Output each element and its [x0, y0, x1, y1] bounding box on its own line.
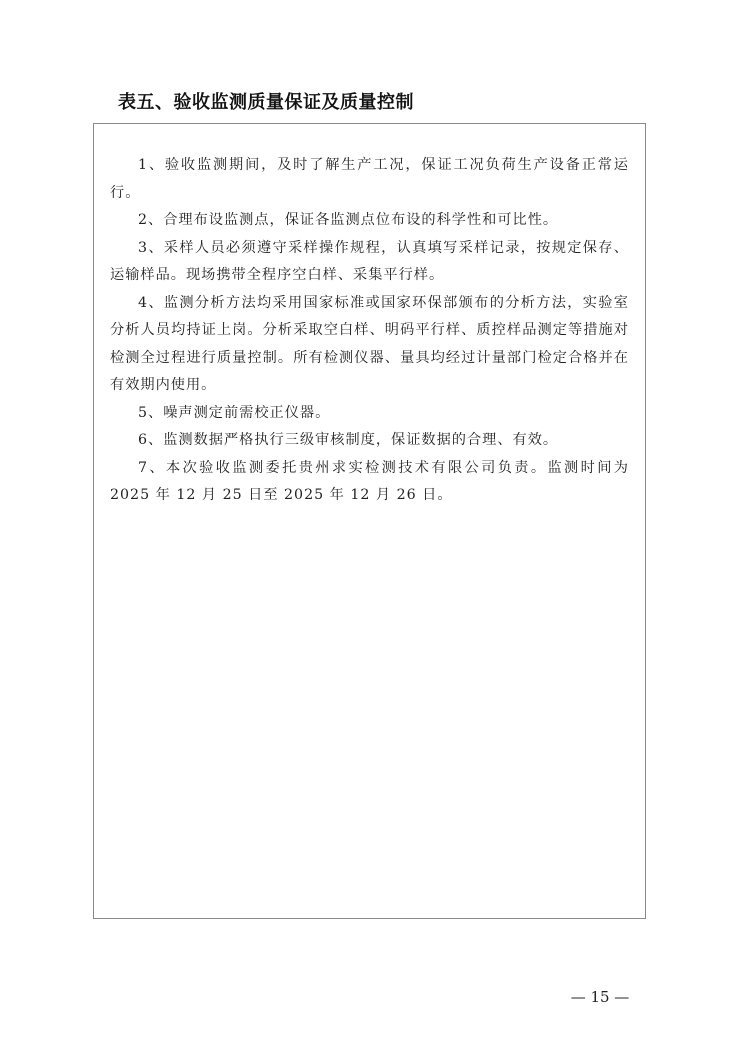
page-title: 表五、验收监测质量保证及质量控制: [118, 88, 414, 114]
page-number: — 15 —: [560, 988, 640, 1006]
list-item: 6、监测数据严格执行三级审核制度，保证数据的合理、有效。: [110, 427, 629, 455]
content-box: 1、验收监测期间，及时了解生产工况，保证工况负荷生产设备正常运行。 2、合理布设…: [93, 123, 646, 919]
list-item: 3、采样人员必须遵守采样操作规程，认真填写采样记录，按规定保存、运输样品。现场携…: [110, 235, 629, 290]
list-item: 2、合理布设监测点，保证各监测点位布设的科学性和可比性。: [110, 207, 629, 235]
list-item: 1、验收监测期间，及时了解生产工况，保证工况负荷生产设备正常运行。: [110, 152, 629, 207]
list-item: 7、本次验收监测委托贵州求实检测技术有限公司负责。监测时间为 2025 年 12…: [110, 455, 629, 510]
list-item: 4、监测分析方法均采用国家标准或国家环保部颁布的分析方法，实验室分析人员均持证上…: [110, 290, 629, 400]
list-item: 5、噪声测定前需校正仪器。: [110, 400, 629, 428]
quality-control-list: 1、验收监测期间，及时了解生产工况，保证工况负荷生产设备正常运行。 2、合理布设…: [110, 152, 629, 510]
